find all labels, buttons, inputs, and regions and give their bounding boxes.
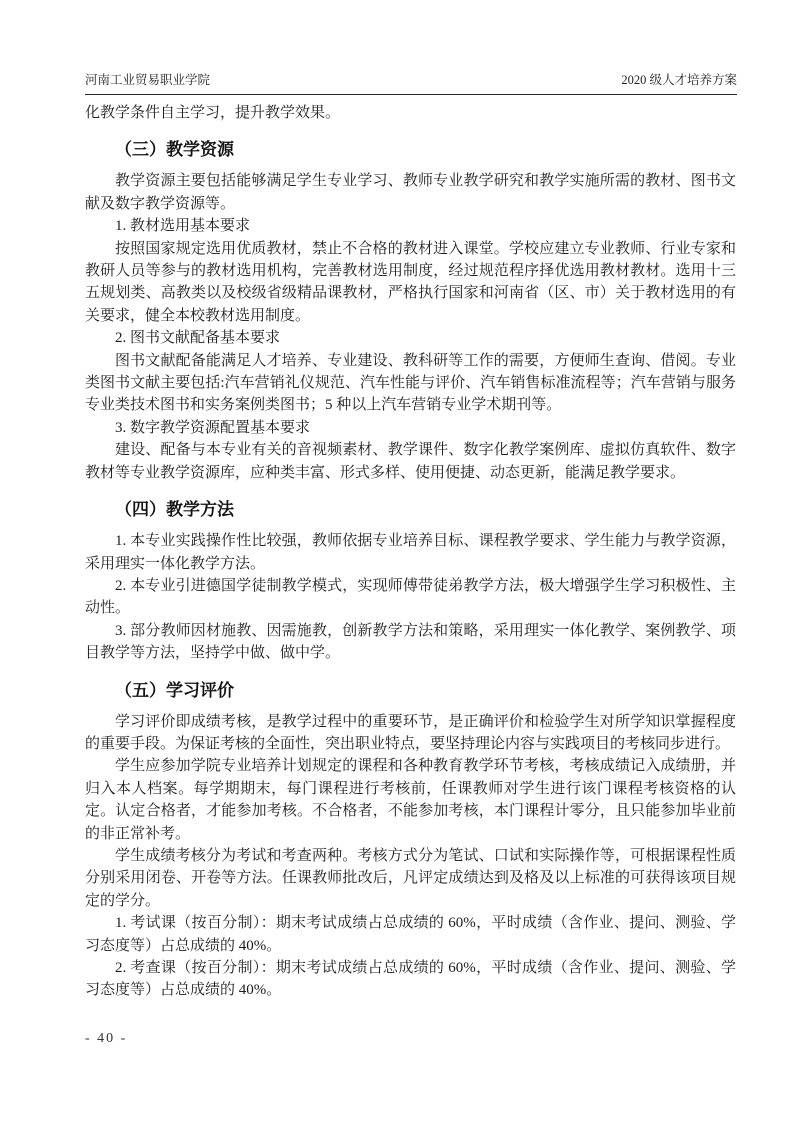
paragraph: 1. 考试课（按百分制）：期末考试成绩占总成绩的 60%，平时成绩（含作业、提问… bbox=[85, 912, 736, 957]
paragraph: 教学资源主要包括能够满足学生专业学习、教师专业教学研究和教学实施所需的教材、图书… bbox=[85, 170, 736, 215]
header-document-title: 2020 级人才培养方案 bbox=[621, 72, 737, 88]
subheading-textbook-selection: 1. 教材选用基本要求 bbox=[85, 215, 736, 237]
subheading-library-literature: 2. 图书文献配备基本要求 bbox=[85, 327, 736, 349]
page-number: - 40 - bbox=[85, 1030, 127, 1048]
section-heading-teaching-resources: （三）教学资源 bbox=[85, 138, 736, 161]
paragraph: 2. 本专业引进德国学徒制教学模式，实现师傅带徒弟教学方法，极大增强学生学习积极… bbox=[85, 575, 736, 620]
paragraph: 按照国家规定选用优质教材，禁止不合格的教材进入课堂。学校应建立专业教师、行业专家… bbox=[85, 238, 736, 328]
section-heading-teaching-methods: （四）教学方法 bbox=[85, 498, 736, 521]
document-page: 河南工业贸易职业学院 2020 级人才培养方案 化教学条件自主学习，提升教学效果… bbox=[0, 0, 793, 1122]
section-heading-learning-evaluation: （五）学习评价 bbox=[85, 679, 736, 702]
document-body: 化教学条件自主学习，提升教学效果。 （三）教学资源 教学资源主要包括能够满足学生… bbox=[85, 102, 736, 1002]
paragraph: 学习评价即成绩考核，是教学过程中的重要环节，是正确评价和检验学生对所学知识掌握程… bbox=[85, 711, 736, 756]
header-school-name: 河南工业贸易职业学院 bbox=[85, 72, 210, 88]
paragraph: 学生应参加学院专业培养计划规定的课程和各种教育教学环节考核，考核成绩记入成绩册，… bbox=[85, 755, 736, 845]
paragraph-continuation: 化教学条件自主学习，提升教学效果。 bbox=[85, 102, 736, 124]
paragraph: 3. 部分教师因材施教、因需施教，创新教学方法和策略，采用理实一体化教学、案例教… bbox=[85, 620, 736, 665]
paragraph: 学生成绩考核分为考试和考查两种。考核方式分为笔试、口试和实际操作等，可根据课程性… bbox=[85, 845, 736, 912]
paragraph: 图书文献配备能满足人才培养、专业建设、教科研等工作的需要，方便师生查询、借阅。专… bbox=[85, 350, 736, 417]
paragraph: 1. 本专业实践操作性比较强，教师依据专业培养目标、课程教学要求、学生能力与教学… bbox=[85, 530, 736, 575]
page-header: 河南工业贸易职业学院 2020 级人才培养方案 bbox=[85, 72, 737, 95]
paragraph: 2. 考查课（按百分制）：期末考试成绩占总成绩的 60%，平时成绩（含作业、提问… bbox=[85, 957, 736, 1002]
subheading-digital-resources: 3. 数字教学资源配置基本要求 bbox=[85, 417, 736, 439]
paragraph: 建设、配备与本专业有关的音视频素材、教学课件、数字化教学案例库、虚拟仿真软件、数… bbox=[85, 439, 736, 484]
